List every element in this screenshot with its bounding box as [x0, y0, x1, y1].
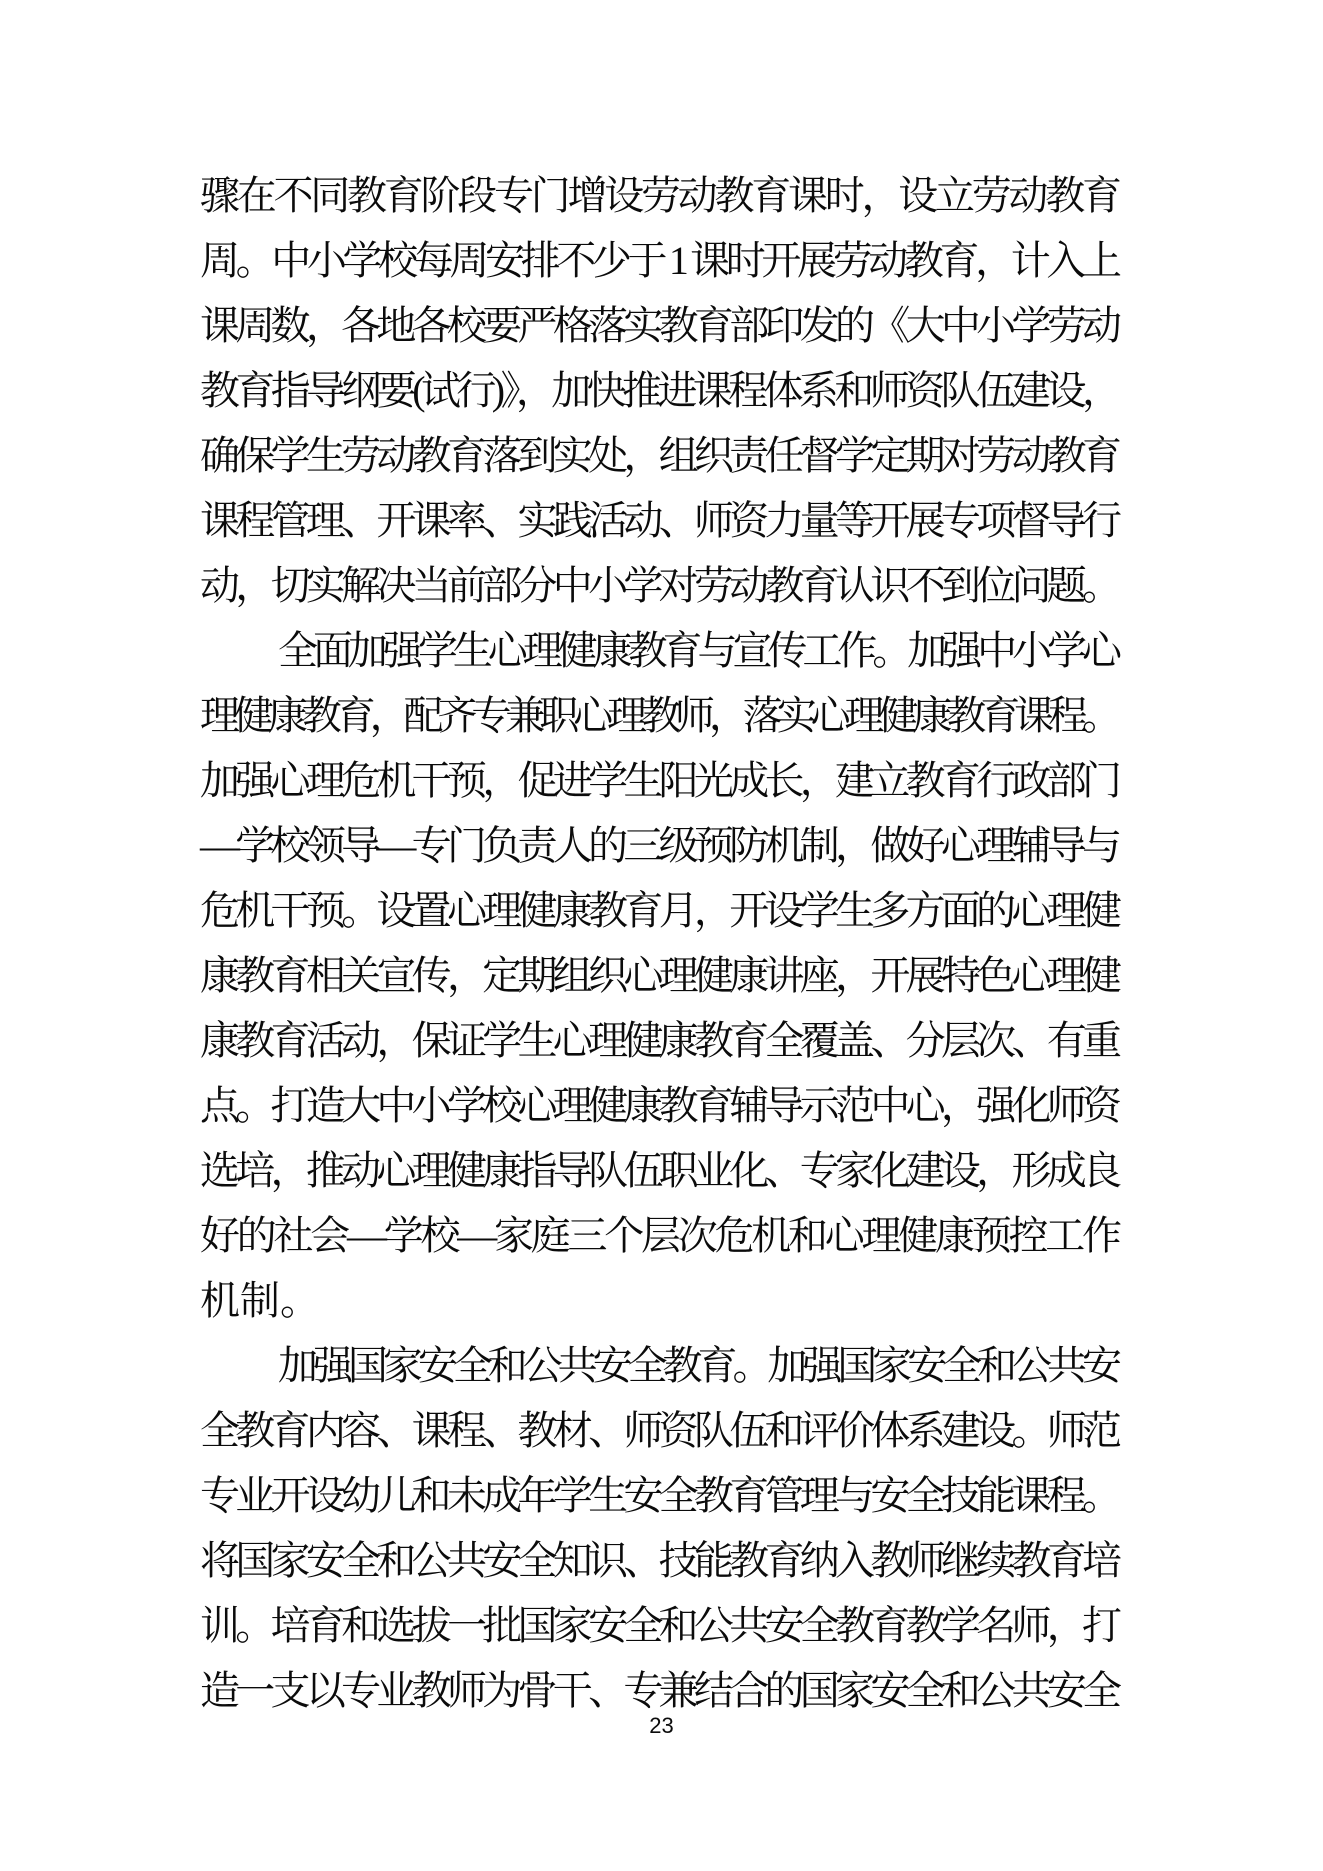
text-line-content: 动，切实解决当前部分中小学对劳动教育认识不到位问题。 [200, 553, 1117, 618]
text-line: 康教育相关宣传，定期组织心理健康讲座，开展特色心理健 [200, 943, 1122, 1008]
text-line: 机制。 [200, 1268, 1122, 1333]
text-line-content: 全面加强学生心理健康教育与宣传工作。加强中小学心 [278, 618, 1117, 683]
text-line-content: 点。打造大中小学校心理健康教育辅导示范中心，强化师资 [200, 1073, 1117, 1138]
text-line: 好的社会—学校—家庭三个层次危机和心理健康预控工作 [200, 1203, 1122, 1268]
text-line: 选培，推动心理健康指导队伍职业化、专家化建设，形成良 [200, 1138, 1122, 1203]
document-page: 骤在不同教育阶段专门增设劳动教育课时，设立劳动教育周。中小学校每周安排不少于 1… [0, 0, 1323, 1871]
text-line-content: 选培，推动心理健康指导队伍职业化、专家化建设，形成良 [200, 1138, 1117, 1203]
text-line: 专业开设幼儿和未成年学生安全教育管理与安全技能课程。 [200, 1463, 1122, 1528]
text-line: 点。打造大中小学校心理健康教育辅导示范中心，强化师资 [200, 1073, 1122, 1138]
text-line: 全面加强学生心理健康教育与宣传工作。加强中小学心 [200, 618, 1122, 683]
text-line-content: 康教育活动，保证学生心理健康教育全覆盖、分层次、有重 [200, 1008, 1117, 1073]
text-line-content: 周。中小学校每周安排不少于 1 课时开展劳动教育，计入上 [200, 228, 1118, 293]
text-line: —学校领导—专门负责人的三级预防机制，做好心理辅导与 [200, 813, 1122, 878]
text-line-content: 康教育相关宣传，定期组织心理健康讲座，开展特色心理健 [200, 943, 1117, 1008]
text-line: 加强国家安全和公共安全教育。加强国家安全和公共安 [200, 1333, 1122, 1398]
text-line-content: 加强国家安全和公共安全教育。加强国家安全和公共安 [278, 1333, 1117, 1398]
text-line-content: 全教育内容、课程、教材、师资队伍和评价体系建设。师范 [200, 1398, 1117, 1463]
text-line: 康教育活动，保证学生心理健康教育全覆盖、分层次、有重 [200, 1008, 1122, 1073]
text-line-content: 课程管理、开课率、实践活动、师资力量等开展专项督导行 [200, 488, 1117, 553]
text-line-content: 机制。 [200, 1268, 320, 1333]
text-line: 将国家安全和公共安全知识、技能教育纳入教师继续教育培 [200, 1528, 1122, 1593]
text-line: 动，切实解决当前部分中小学对劳动教育认识不到位问题。 [200, 553, 1122, 618]
page-number: 23 [0, 1712, 1323, 1740]
text-line-content: 训。培育和选拔一批国家安全和公共安全教育教学名师，打 [200, 1593, 1117, 1658]
text-line: 确保学生劳动教育落到实处，组织责任督学定期对劳动教育 [200, 423, 1122, 488]
text-line-content: 加强心理危机干预，促进学生阳光成长，建立教育行政部门 [200, 748, 1117, 813]
text-line: 课程管理、开课率、实践活动、师资力量等开展专项督导行 [200, 488, 1122, 553]
text-line-content: 危机干预。设置心理健康教育月，开设学生多方面的心理健 [200, 878, 1117, 943]
text-line-content: 课周数，各地各校要严格落实教育部印发的《大中小学劳动 [200, 293, 1117, 358]
text-line-content: 教育指导纲要(试行)》，加快推进课程体系和师资队伍建设， [200, 358, 1117, 423]
text-line-content: 骤在不同教育阶段专门增设劳动教育课时，设立劳动教育 [200, 163, 1119, 228]
text-line-content: 好的社会—学校—家庭三个层次危机和心理健康预控工作 [200, 1203, 1119, 1268]
text-line: 课周数，各地各校要严格落实教育部印发的《大中小学劳动 [200, 293, 1122, 358]
text-line: 周。中小学校每周安排不少于 1 课时开展劳动教育，计入上 [200, 228, 1122, 293]
text-line: 教育指导纲要(试行)》，加快推进课程体系和师资队伍建设， [200, 358, 1122, 423]
text-line-content: 专业开设幼儿和未成年学生安全教育管理与安全技能课程。 [200, 1463, 1117, 1528]
text-line: 危机干预。设置心理健康教育月，开设学生多方面的心理健 [200, 878, 1122, 943]
text-line-content: —学校领导—专门负责人的三级预防机制，做好心理辅导与 [200, 813, 1117, 878]
text-line: 骤在不同教育阶段专门增设劳动教育课时，设立劳动教育 [200, 163, 1122, 228]
text-line-content: 确保学生劳动教育落到实处，组织责任督学定期对劳动教育 [200, 423, 1117, 488]
text-line: 全教育内容、课程、教材、师资队伍和评价体系建设。师范 [200, 1398, 1122, 1463]
text-line: 加强心理危机干预，促进学生阳光成长，建立教育行政部门 [200, 748, 1122, 813]
text-line: 理健康教育，配齐专兼职心理教师，落实心理健康教育课程。 [200, 683, 1122, 748]
text-line-content: 将国家安全和公共安全知识、技能教育纳入教师继续教育培 [200, 1528, 1117, 1593]
text-line-content: 理健康教育，配齐专兼职心理教师，落实心理健康教育课程。 [200, 683, 1116, 748]
text-line: 训。培育和选拔一批国家安全和公共安全教育教学名师，打 [200, 1593, 1122, 1658]
page-text-block: 骤在不同教育阶段专门增设劳动教育课时，设立劳动教育周。中小学校每周安排不少于 1… [200, 163, 1122, 1723]
